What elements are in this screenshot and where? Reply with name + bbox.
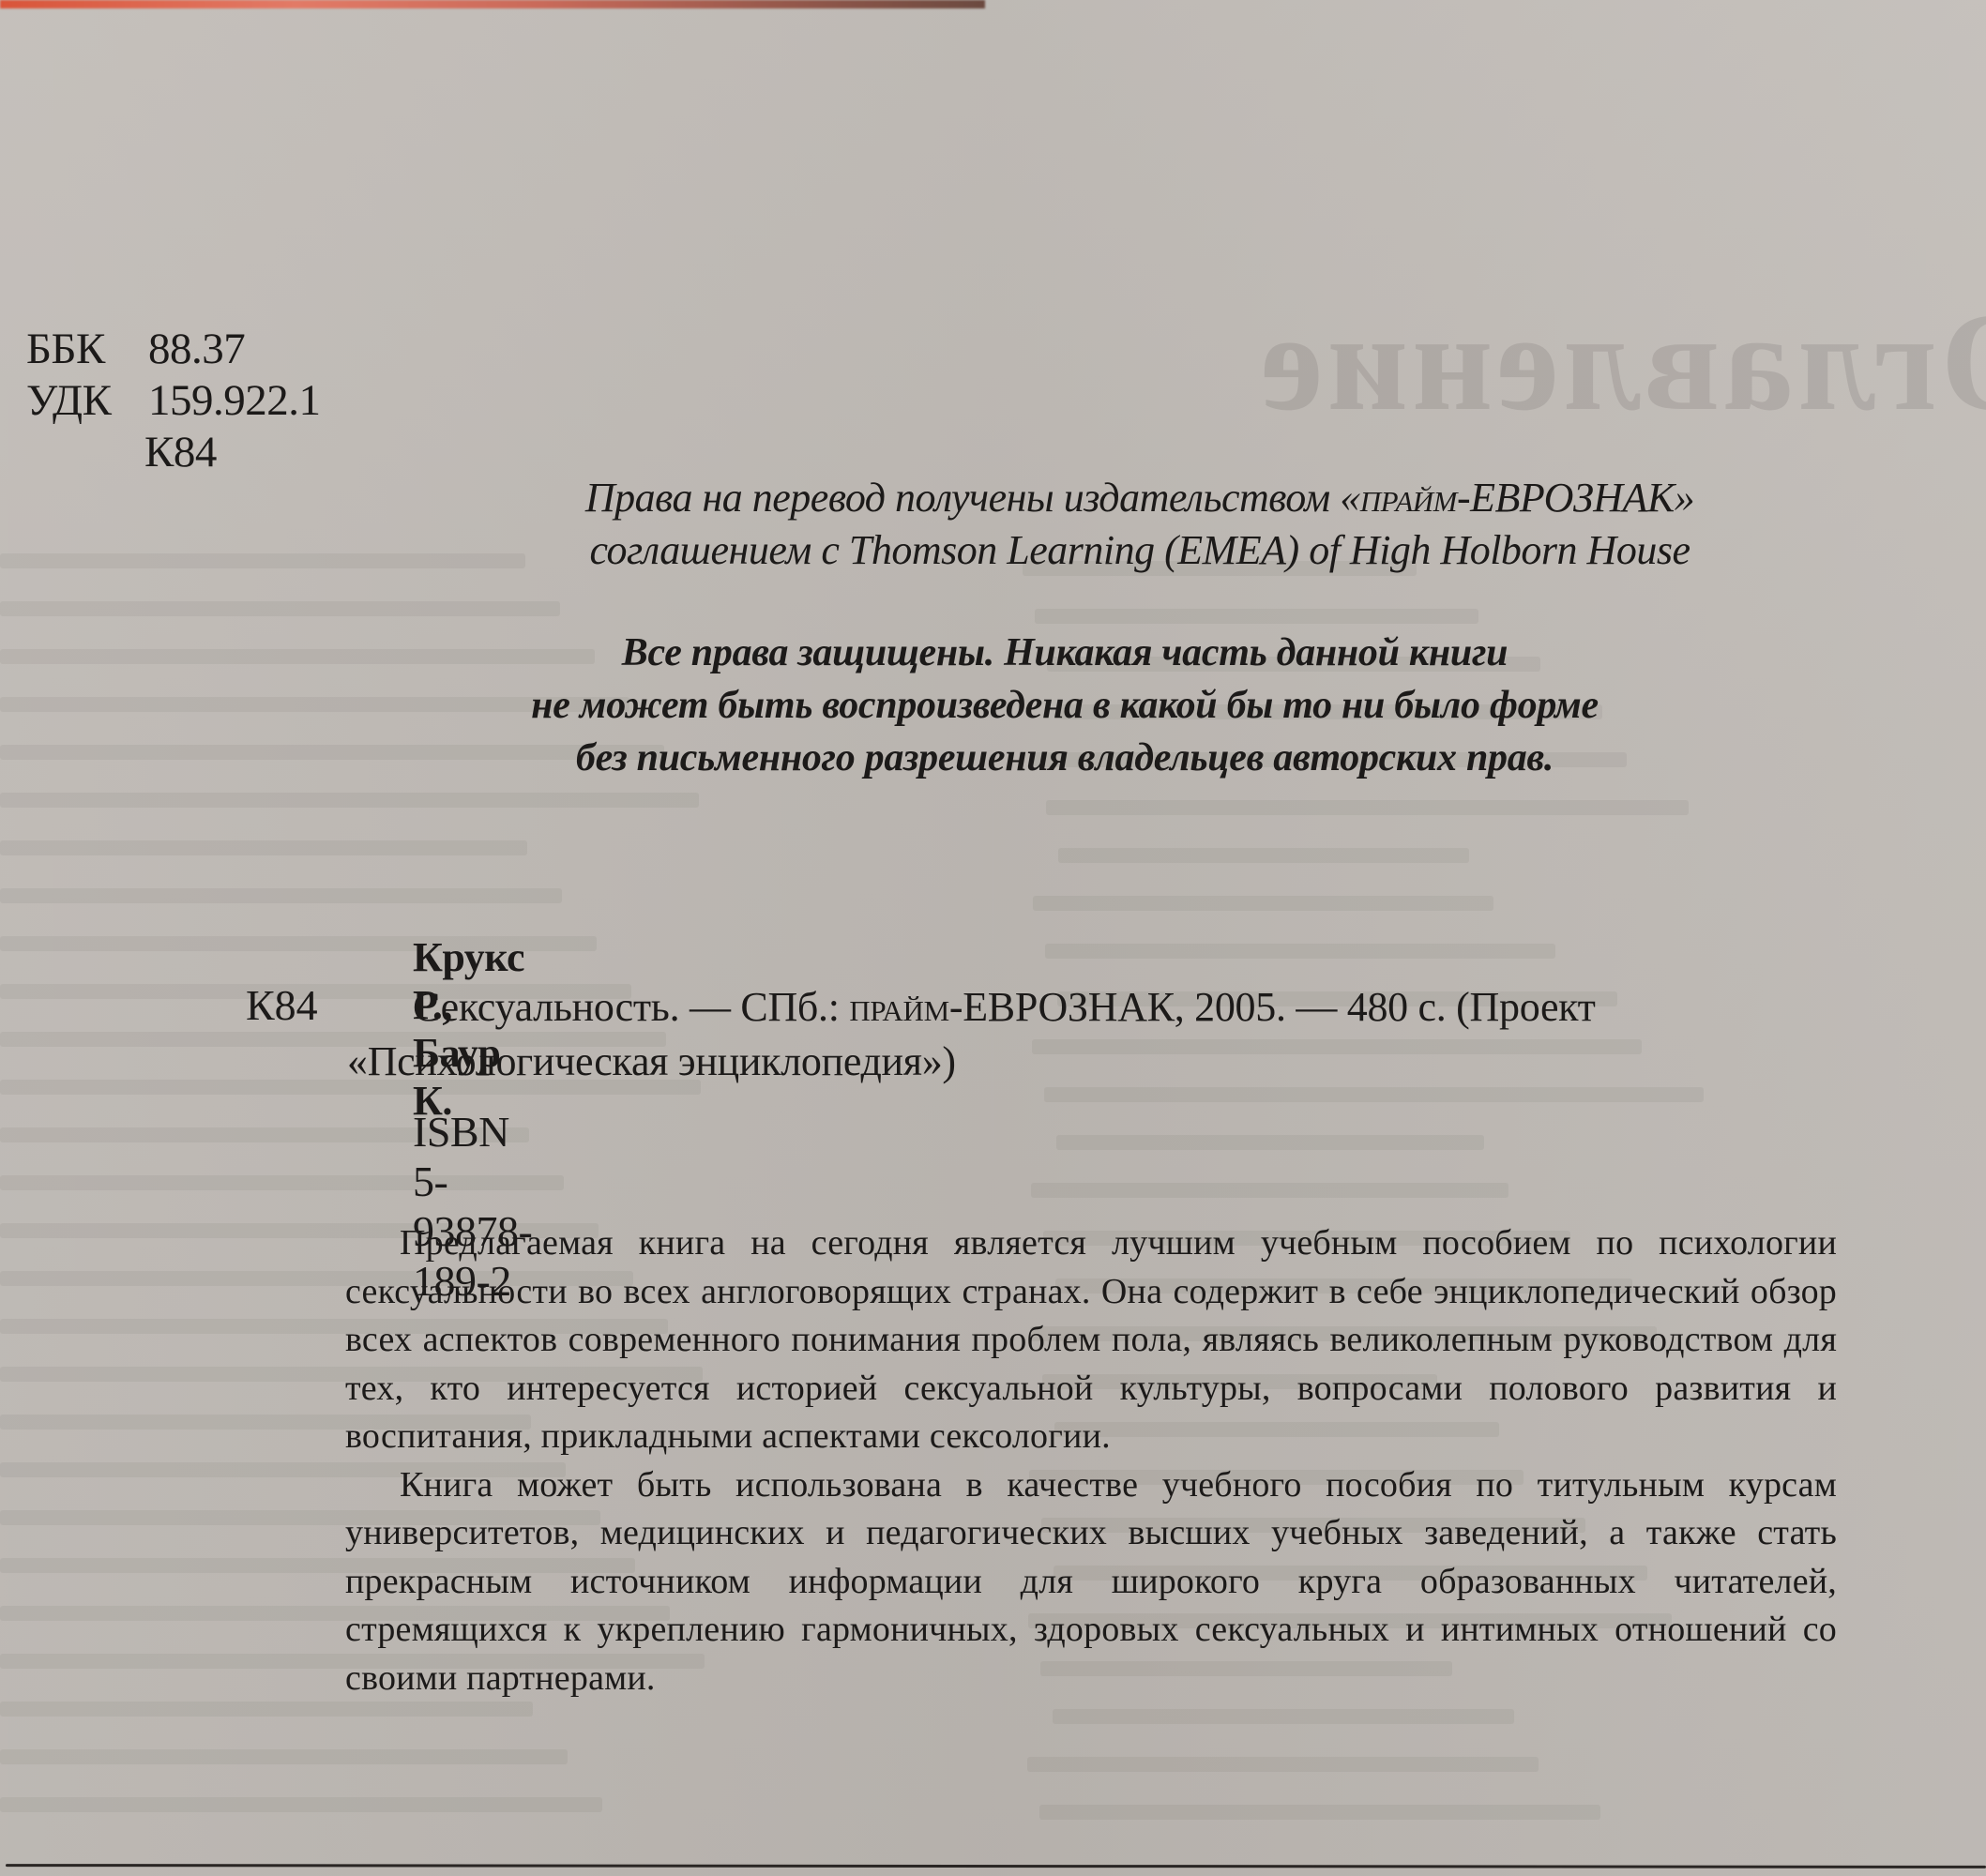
notice-line: не может быть воспроизведена в какой бы …: [394, 679, 1736, 732]
annotation-paragraph: Предлагаемая книга на сегодня является л…: [345, 1219, 1837, 1461]
cover-edge: [0, 0, 985, 8]
udk-label: УДК: [26, 375, 148, 427]
bbk-label: ББК: [26, 324, 148, 375]
rights-line-2: соглашением с Thomson Learning (EMEA) of…: [450, 524, 1829, 577]
page-count: 480 с.: [1347, 984, 1447, 1030]
copyright-notice: Все права защищены. Никакая часть данной…: [394, 627, 1736, 784]
notice-line: Все права защищены. Никакая часть данной…: [394, 627, 1736, 679]
page-edge: [6, 1864, 1986, 1868]
record-description: Сексуальность. — СПб.: ПРАЙМ-ЕВРОЗНАК, 2…: [347, 980, 1848, 1089]
publisher-smallcaps: ПРАЙМ: [849, 984, 949, 1030]
rights-line-1: Права на перевод получены издательством …: [450, 472, 1829, 524]
author-mark: К84: [26, 427, 321, 478]
udk-value: 159.922.1: [148, 375, 321, 427]
place: СПб.:: [740, 984, 849, 1030]
publisher-smallcaps: ПРАЙМ: [1360, 475, 1457, 521]
margin-author-mark: К84: [246, 980, 318, 1030]
annotation-paragraph: Книга может быть использована в качестве…: [345, 1461, 1837, 1703]
translation-rights: Права на перевод получены издательством …: [450, 472, 1829, 577]
book-page: Оглавление ББК 88.37 УДК 159.922.1 К84 П…: [0, 0, 1986, 1876]
annotation: Предлагаемая книга на сегодня является л…: [345, 1219, 1837, 1702]
classification-block: ББК 88.37 УДК 159.922.1 К84: [26, 324, 321, 478]
publisher-year: -ЕВРОЗНАК, 2005. —: [949, 984, 1347, 1030]
book-title: Сексуальность.: [413, 984, 679, 1030]
bleed-through-heading: Оглавление: [1257, 281, 1986, 443]
udk-row: УДК 159.922.1: [26, 375, 321, 427]
bbk-row: ББК 88.37: [26, 324, 321, 375]
bbk-value: 88.37: [148, 324, 245, 375]
notice-line: без письменного разрешения владельцев ав…: [394, 732, 1736, 784]
